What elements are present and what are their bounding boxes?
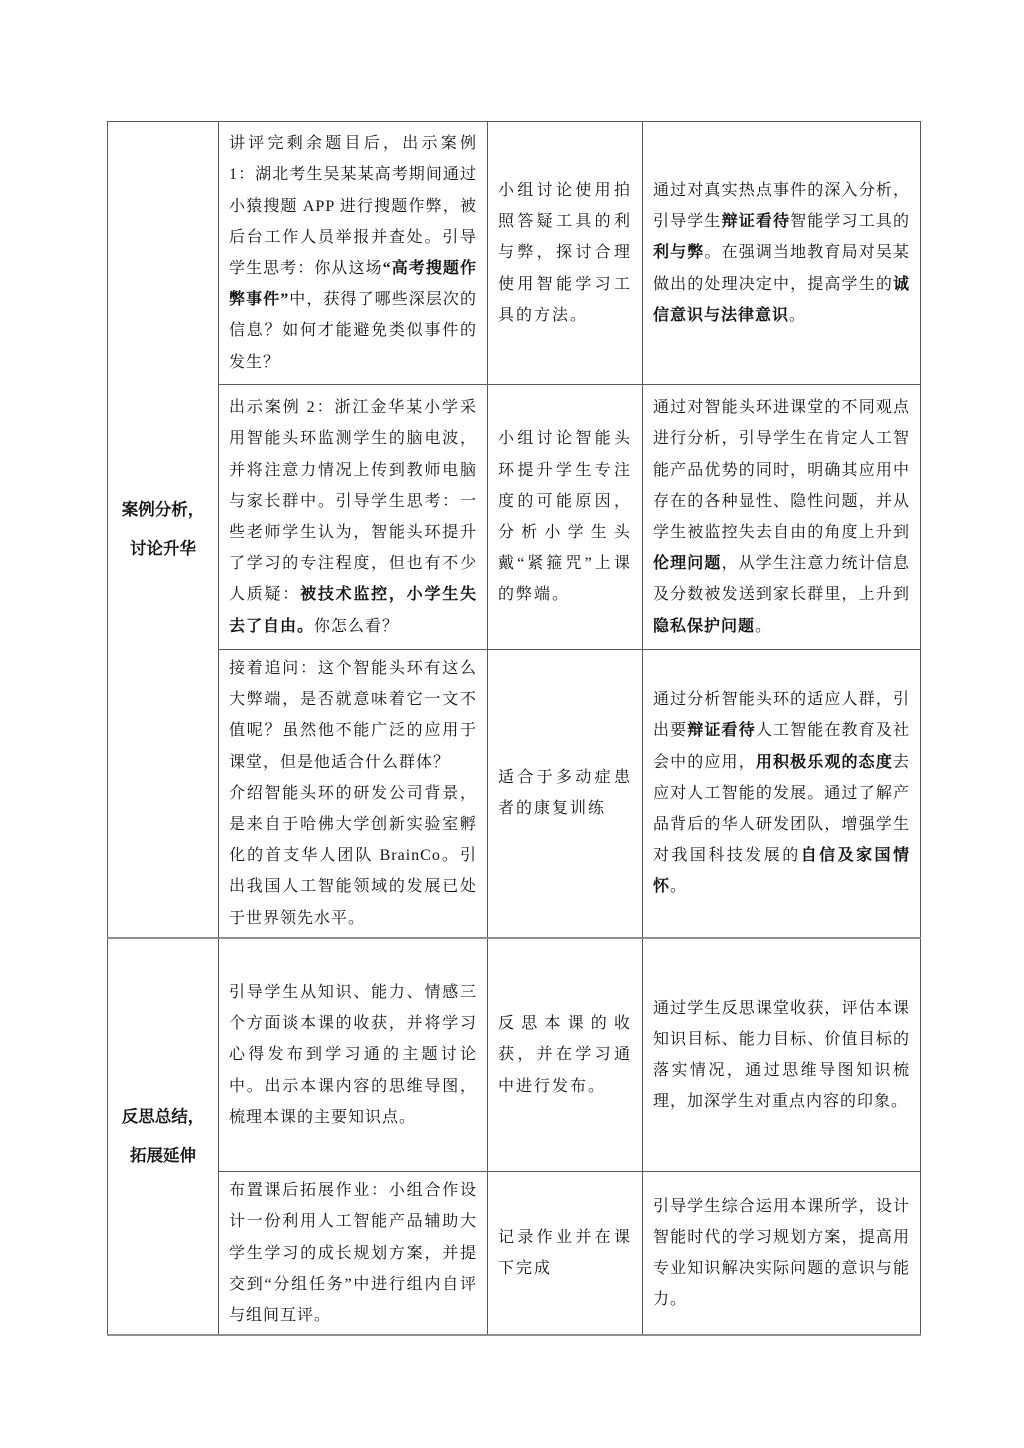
body-text: 。 <box>755 618 772 635</box>
teacher-activity-cell-2: 出示案例 2：浙江金华某小学采用智能头环监测学生的脑电波，并将注意力情况上传到教… <box>219 385 488 650</box>
emphasis-text: 伦理问题 <box>653 555 722 572</box>
stage-cell-reflection: 反思总结， 拓展延伸 <box>108 938 219 1335</box>
teacher-activity-cell-5: 布置课后拓展作业：小组合作设计一份利用人工智能产品辅助大学生学习的成长规划方案，… <box>219 1172 488 1335</box>
lesson-plan-table: 案例分析， 讨论升华 讲评完剩余题目后，出示案例 1：湖北考生吴某某高考期间通过… <box>107 121 921 1336</box>
table-row: 反思总结， 拓展延伸 引导学生从知识、能力、情感三个方面谈本课的收获，并将学习心… <box>108 938 921 1172</box>
student-activity-cell-1: 小组讨论使用拍照答疑工具的利与弊，探讨合理使用智能学习工具的方法。 <box>488 122 643 385</box>
student-activity-cell-2: 小组讨论智能头环提升学生专注度的可能原因，分析小学生头戴“紧箍咒”上课的弊端。 <box>488 385 643 650</box>
body-text: 布置课后拓展作业：小组合作设计一份利用人工智能产品辅助大学生学习的成长规划方案，… <box>229 1182 477 1324</box>
teacher-activity-cell-4: 引导学生从知识、能力、情感三个方面谈本课的收获，并将学习心得发布到学习通的主题讨… <box>219 938 488 1172</box>
body-text: 通过学生反思课堂收获，评估本课知识目标、能力目标、价值目标的落实情况，通过思维导… <box>653 1000 910 1111</box>
body-text: 反思本课的收获，并在学习通中进行发布。 <box>498 1015 632 1094</box>
body-text: 小组讨论智能头环提升学生专注度的可能原因，分析小学生头戴“紧箍咒”上课的弊端。 <box>498 430 632 603</box>
emphasis-text: 辩证看待 <box>687 722 756 739</box>
teacher-activity-cell-1: 讲评完剩余题目后，出示案例 1：湖北考生吴某某高考期间通过小猿搜题 APP 进行… <box>219 122 488 385</box>
table-row: 出示案例 2：浙江金华某小学采用智能头环监测学生的脑电波，并将注意力情况上传到教… <box>108 385 921 650</box>
body-text: 。 <box>789 307 806 324</box>
student-activity-cell-4: 反思本课的收获，并在学习通中进行发布。 <box>488 938 643 1172</box>
body-text: 适合于多动症患者的康复训练 <box>498 769 632 817</box>
design-intent-cell-3: 通过分析智能头环的适应人群，引出要辩证看待人工智能在教育及社会中的应用，用积极乐… <box>643 650 921 938</box>
teacher-activity-cell-3: 接着追问：这个智能头环有这么大弊端，是否就意味着它一文不值呢？虽然他不能广泛的应… <box>219 650 488 938</box>
student-activity-cell-3: 适合于多动症患者的康复训练 <box>488 650 643 938</box>
design-intent-cell-1: 通过对真实热点事件的深入分析，引导学生辩证看待智能学习工具的利与弊。在强调当地教… <box>643 122 921 385</box>
stage-cell-case-analysis: 案例分析， 讨论升华 <box>108 122 219 938</box>
emphasis-text: 利与弊 <box>653 244 704 261</box>
design-intent-cell-2: 通过对智能头环进课堂的不同观点进行分析，引导学生在肯定人工智能产品优势的同时，明… <box>643 385 921 650</box>
body-text: 引导学生从知识、能力、情感三个方面谈本课的收获，并将学习心得发布到学习通的主题讨… <box>229 984 477 1126</box>
emphasis-text: 用积极乐观的态度 <box>756 754 893 771</box>
body-text: 智能学习工具的 <box>790 213 910 230</box>
design-intent-cell-5: 引导学生综合运用本课所学，设计智能时代的学习规划方案，提高用专业知识解决实际问题… <box>643 1172 921 1335</box>
body-text: 小组讨论使用拍照答疑工具的利与弊，探讨合理使用智能学习工具的方法。 <box>498 182 632 324</box>
emphasis-text: 隐私保护问题 <box>653 618 755 635</box>
table-row: 案例分析， 讨论升华 讲评完剩余题目后，出示案例 1：湖北考生吴某某高考期间通过… <box>108 122 921 385</box>
body-text: 记录作业并在课下完成 <box>498 1229 632 1277</box>
body-text: 出示案例 2：浙江金华某小学采用智能头环监测学生的脑电波，并将注意力情况上传到教… <box>229 399 477 603</box>
body-text: 通过对智能头环进课堂的不同观点进行分析，引导学生在肯定人工智能产品优势的同时，明… <box>653 399 910 541</box>
emphasis-text: 辩证看待 <box>722 213 791 230</box>
body-text: 你怎么看？ <box>314 618 399 635</box>
body-text: 接着追问：这个智能头环有这么大弊端，是否就意味着它一文不值呢？虽然他不能广泛的应… <box>229 660 477 927</box>
body-text: 。 <box>670 878 687 895</box>
design-intent-cell-4: 通过学生反思课堂收获，评估本课知识目标、能力目标、价值目标的落实情况，通过思维导… <box>643 938 921 1172</box>
body-text: 讲评完剩余题目后，出示案例 1：湖北考生吴某某高考期间通过小猿搜题 APP 进行… <box>229 135 477 277</box>
table-row: 布置课后拓展作业：小组合作设计一份利用人工智能产品辅助大学生学习的成长规划方案，… <box>108 1172 921 1335</box>
table-row: 接着追问：这个智能头环有这么大弊端，是否就意味着它一文不值呢？虽然他不能广泛的应… <box>108 650 921 938</box>
document-page: 案例分析， 讨论升华 讲评完剩余题目后，出示案例 1：湖北考生吴某某高考期间通过… <box>0 0 1024 1448</box>
body-text: 引导学生综合运用本课所学，设计智能时代的学习规划方案，提高用专业知识解决实际问题… <box>653 1198 910 1309</box>
student-activity-cell-5: 记录作业并在课下完成 <box>488 1172 643 1335</box>
